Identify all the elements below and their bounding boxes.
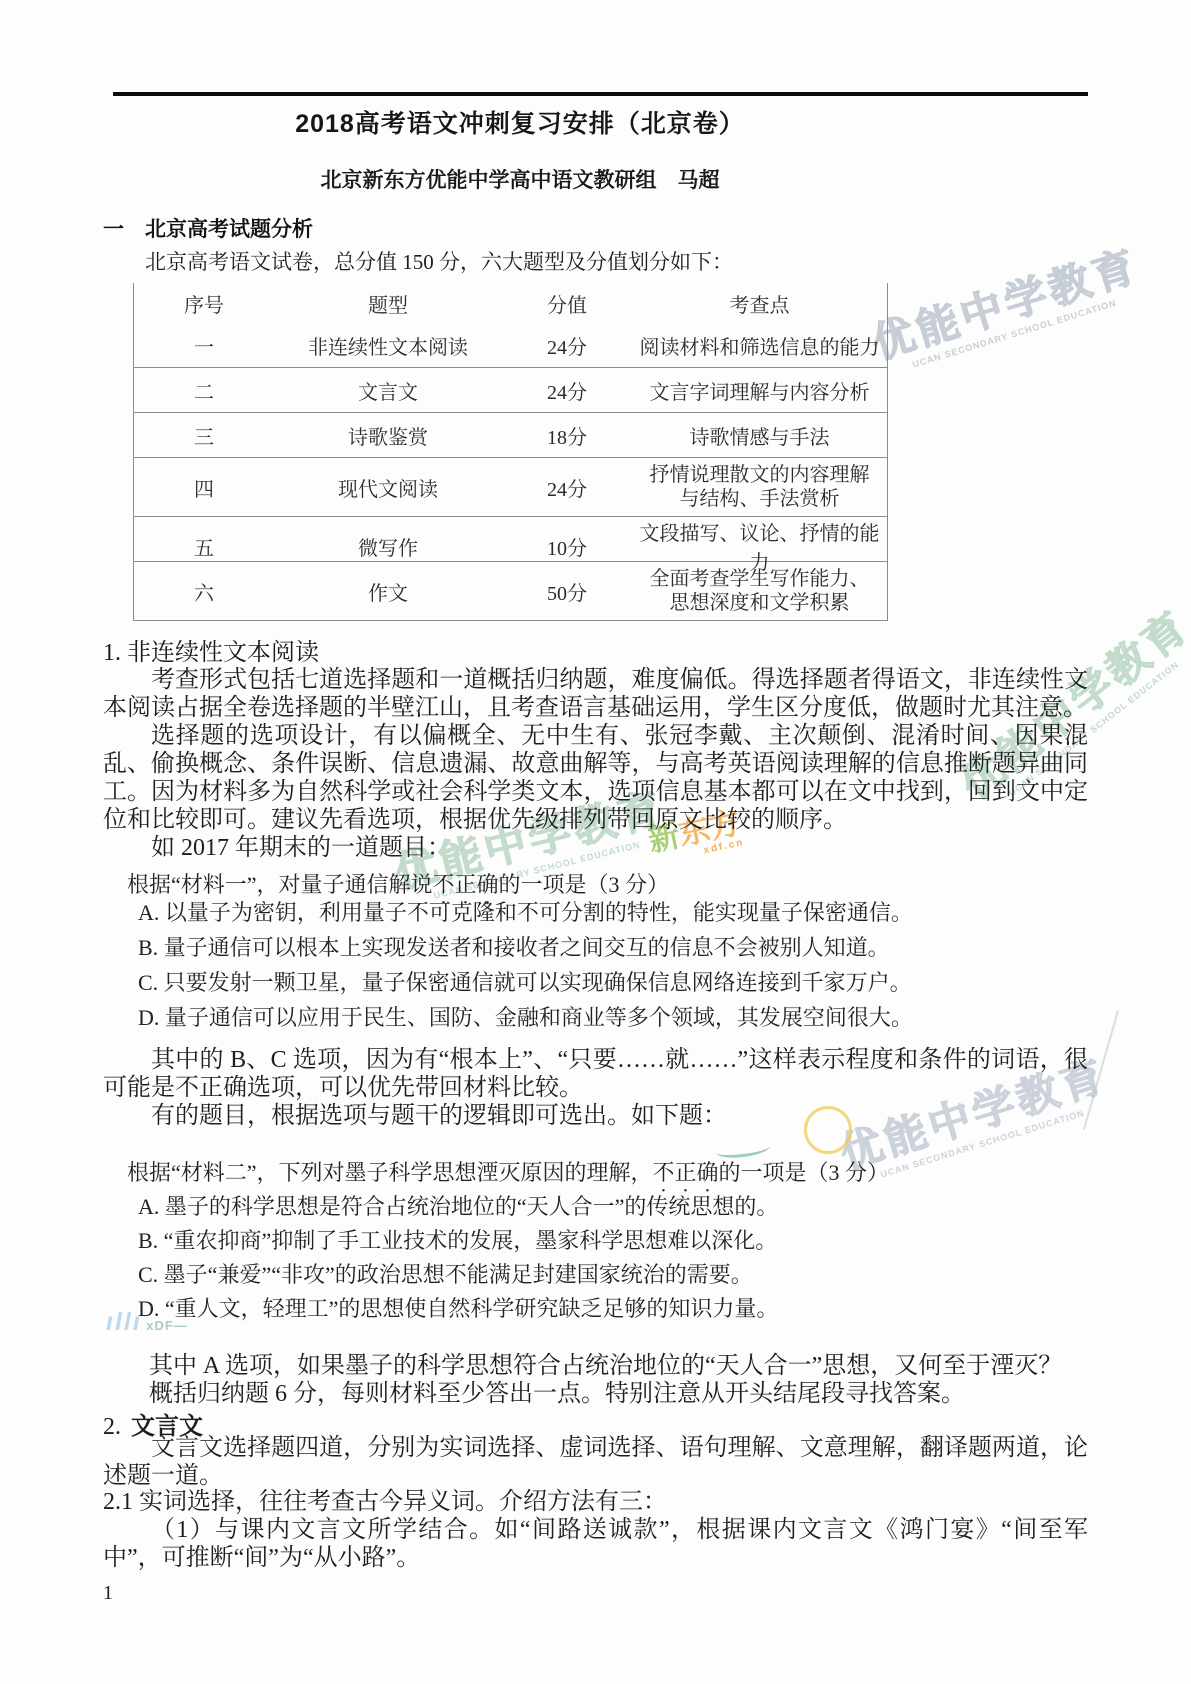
question-1-option-c: C. 只要发射一颗卫星，量子保密通信就可以实现确保信息网络连接到千家万户。: [138, 968, 1088, 1003]
author-line: 北京新东方优能中学高中语文教研组 马超: [0, 164, 1040, 194]
subsection-heading-reading: 1. 非连续性文本阅读: [103, 632, 319, 667]
document-title: 2018高考语文冲刺复习安排（北京卷）: [0, 104, 1040, 140]
question-1-options: A. 以量子为密钥，利用量子不可克隆和不可分割的特性，能实现量子保密通信。 B.…: [138, 898, 1088, 1038]
cell-type: 现代文阅读: [274, 473, 502, 502]
paragraph: 选择题的选项设计，有以偏概全、无中生有、张冠李戴、主次颠倒、混淆时间、因果混乱、…: [103, 722, 1088, 834]
header-rule: [113, 92, 1088, 96]
paragraph: 考查形式包括七道选择题和一道概括归纳题，难度偏低。得选择题者得语文，非连续性文本…: [103, 666, 1088, 722]
table-row: 一 非连续性文本阅读 24分 阅读材料和筛选信息的能力: [134, 323, 887, 368]
page-number: 1: [103, 1582, 113, 1605]
cell-type: 非连续性文本阅读: [274, 331, 502, 360]
table-row: 三 诗歌鉴赏 18分 诗歌情感与手法: [134, 413, 887, 458]
cell-score: 10分: [502, 532, 632, 561]
question-1-stem-emphasis: 不正确: [433, 872, 499, 897]
col-header-type: 题型: [274, 289, 502, 318]
paragraph: 有的题目，根据选项与题干的逻辑即可选出。如下题：: [103, 1102, 1088, 1130]
question-2-option-d: D. “重人文，轻理工”的思想使自然科学研究缺乏足够的知识力量。: [138, 1294, 1088, 1328]
cell-point: 抒情说理散文的内容理解 与结构、手法赏析: [632, 463, 887, 511]
cell-score: 18分: [502, 421, 632, 450]
cell-type: 诗歌鉴赏: [274, 421, 502, 450]
question-1-option-b: B. 量子通信可以根本上实现发送者和接收者之间交互的信息不会被别人知道。: [138, 933, 1088, 968]
cell-score: 24分: [502, 331, 632, 360]
table-row: 四 现代文阅读 24分 抒情说理散文的内容理解 与结构、手法赏析: [134, 458, 887, 517]
exam-structure-table: 序号 题型 分值 考查点 一 非连续性文本阅读 24分 阅读材料和筛选信息的能力…: [133, 283, 888, 621]
paragraph: 如 2017 年期末的一道题目：: [103, 834, 1088, 862]
section-heading-analysis: 一 北京高考试题分析: [103, 213, 313, 243]
paragraph: 其中的 B、C 选项，因为有“根本上”、“只要……就……”这样表示程度和条件的词…: [103, 1046, 1088, 1102]
cell-score: 50分: [502, 577, 632, 606]
commentary-line-2: 概括归纳题 6 分，每则材料至少答出一点。特别注意从开头结尾段寻找答案。: [149, 1380, 1089, 1408]
cell-type: 文言文: [274, 376, 502, 405]
question-2-stem-prefix: 根据“材料二”，下列对墨子科学思想湮灭原因的理解，: [127, 1160, 653, 1185]
table-row: 二 文言文 24分 文言字词理解与内容分析: [134, 368, 887, 413]
cell-number: 一: [134, 331, 274, 360]
cell-score: 24分: [502, 376, 632, 405]
question-2-option-c: C. 墨子“兼爱”“非攻”的政治思想不能满足封建国家统治的需要。: [138, 1260, 1088, 1294]
cell-number: 四: [134, 473, 274, 502]
col-header-number: 序号: [134, 289, 274, 318]
table-header-row: 序号 题型 分值 考查点: [134, 283, 887, 323]
document-page: 优能中学教育 UCAN SECONDARY SCHOOL EDUCATION 优…: [0, 0, 1191, 1684]
question-2-option-a: A. 墨子的科学思想是符合占统治地位的“天人合一”的传统思想的。: [138, 1192, 1088, 1226]
table-intro-text: 北京高考语文试卷，总分值 150 分，六大题型及分值划分如下：: [145, 246, 733, 276]
table-row: 六 作文 50分 全面考查学生写作能力、 思想深度和文学积累: [134, 562, 887, 621]
document-content: 2018高考语文冲刺复习安排（北京卷） 北京新东方优能中学高中语文教研组 马超 …: [0, 0, 1191, 1684]
paragraph: 2.1 实词选择，往往考查古今异义词。介绍方法有三：: [103, 1488, 1088, 1516]
col-header-point: 考查点: [632, 289, 887, 318]
cell-type: 作文: [274, 577, 502, 606]
question-1-option-d: D. 量子通信可以应用于民生、国防、金融和商业等多个领域，其发展空间很大。: [138, 1003, 1088, 1038]
commentary-block: 其中 A 选项，如果墨子的科学思想符合占统治地位的“天人合一”思想，又何至于湮灭…: [149, 1352, 1089, 1408]
cell-point: 文言字词理解与内容分析: [632, 376, 887, 405]
question-2-options: A. 墨子的科学思想是符合占统治地位的“天人合一”的传统思想的。 B. “重农抑…: [138, 1192, 1088, 1328]
cell-number: 二: [134, 376, 274, 405]
cell-number: 六: [134, 577, 274, 606]
paragraph: 文言文选择题四道，分别为实词选择、虚词选择、语句理解、文意理解，翻译题两道，论述…: [103, 1434, 1088, 1490]
cell-score: 24分: [502, 473, 632, 502]
table-row: 五 微写作 10分 文段描写、议论、抒情的能力: [134, 517, 887, 562]
question-1-stem-prefix: 根据“材料一”，对量子通信解说: [127, 872, 433, 897]
question-2-stem: 根据“材料二”，下列对墨子科学思想湮灭原因的理解，不正确的一项是（3 分）: [127, 1156, 1087, 1197]
cell-point: 全面考查学生写作能力、 思想深度和文学积累: [632, 567, 887, 615]
question-1-option-a: A. 以量子为密钥，利用量子不可克隆和不可分割的特性，能实现量子保密通信。: [138, 898, 1088, 933]
cell-type: 微写作: [274, 532, 502, 561]
question-2-option-b: B. “重农抑商”抑制了手工业技术的发展，墨家科学思想难以深化。: [138, 1226, 1088, 1260]
question-1-stem-suffix: 的一项是（3 分）: [499, 872, 670, 897]
commentary-line-1: 其中 A 选项，如果墨子的科学思想符合占统治地位的“天人合一”思想，又何至于湮灭…: [149, 1352, 1089, 1380]
question-2-stem-suffix: 的一项是（3 分）: [719, 1160, 890, 1185]
cell-number: 五: [134, 532, 274, 561]
question-2-stem-emphasis: 不正确: [653, 1160, 719, 1185]
paragraph: （1）与课内文言文所学结合。如“间路送诚款”，根据课内文言文《鸿门宴》“间至军中…: [103, 1516, 1088, 1572]
cell-point: 诗歌情感与手法: [632, 421, 887, 450]
cell-number: 三: [134, 421, 274, 450]
cell-point: 阅读材料和筛选信息的能力: [632, 331, 887, 360]
col-header-score: 分值: [502, 289, 632, 318]
